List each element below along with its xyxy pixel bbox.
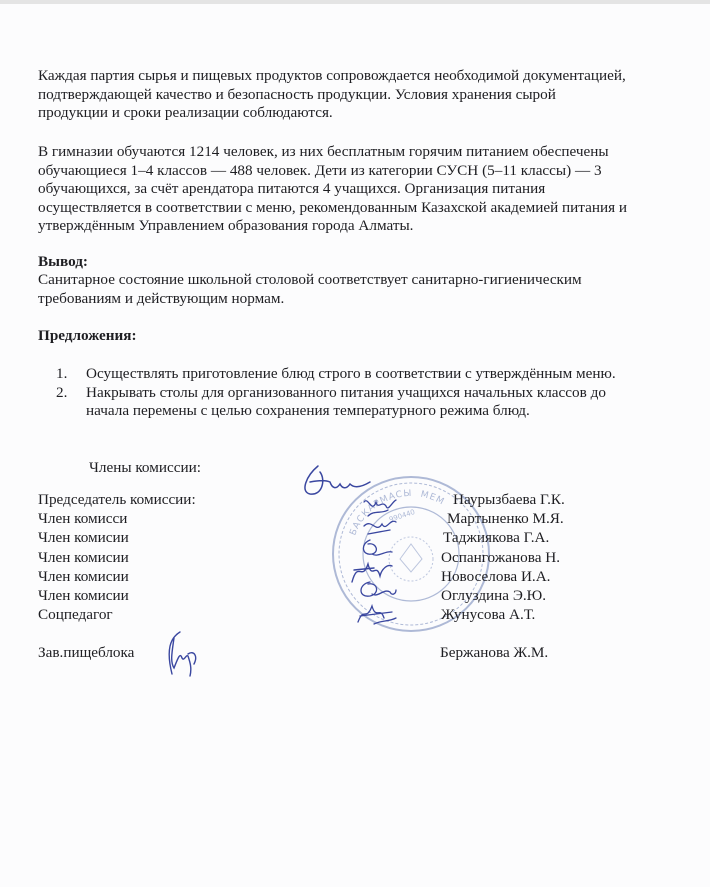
paragraph-documentation: Каждая партия сырья и пищевых продуктов … (38, 67, 688, 123)
text-line: Каждая партия сырья и пищевых продуктов … (38, 67, 688, 86)
role-member: Член комисии (38, 548, 196, 567)
conclusion-text: Санитарное состояние школьной столовой с… (38, 271, 688, 308)
proposal-number: 1. (56, 365, 67, 384)
signature-head-cook-icon (158, 628, 202, 680)
proposals-list: 1. Осуществлять приготовление блюд строг… (56, 365, 616, 421)
role-chairman: Председатель комиссии: (38, 490, 196, 509)
role-member: Член комисии (38, 528, 196, 547)
member-name: Наурызбаева Г.К. (441, 490, 565, 509)
proposal-number: 2. (56, 384, 67, 403)
member-name: Оглуздина Э.Ю. (441, 586, 565, 605)
role-social-teacher: Соцпедагог (38, 605, 196, 624)
head-cook-role: Зав.пищеблока (38, 644, 134, 663)
text-line: В гимназии обучаются 1214 человек, из ни… (38, 143, 688, 162)
conclusion-heading: Вывод: (38, 253, 88, 272)
head-cook-name: Бержанова Ж.М. (440, 644, 548, 663)
proposal-item: 1. Осуществлять приготовление блюд строг… (56, 365, 616, 384)
paragraph-students: В гимназии обучаются 1214 человек, из ни… (38, 143, 688, 236)
commission-title: Члены комиссии: (89, 459, 201, 478)
text-line: Накрывать столы для организованного пита… (86, 384, 616, 403)
member-name: Оспангожанова Н. (441, 548, 565, 567)
text-line: утверждённым Управлением образования гор… (38, 217, 688, 236)
role-member: Член комисии (38, 567, 196, 586)
member-name: Жунусова А.Т. (441, 605, 565, 624)
commission-names: Наурызбаева Г.К. Мартыненко М.Я. Таджияк… (441, 490, 565, 624)
text-line: Санитарное состояние школьной столовой с… (38, 271, 688, 290)
proposal-item: 2. Накрывать столы для организованного п… (56, 384, 616, 421)
text-line: осуществляется в соответствии с меню, ре… (38, 199, 688, 218)
text-line: Осуществлять приготовление блюд строго в… (86, 365, 616, 384)
member-name: Новоселова И.А. (441, 567, 565, 586)
role-member: Член комисси (38, 509, 196, 528)
text-line: начала перемены с целью сохранения темпе… (86, 402, 616, 421)
role-member: Член комисии (38, 586, 196, 605)
proposals-heading: Предложения: (38, 327, 137, 346)
signature-social-teacher-icon (352, 598, 398, 626)
text-line: требованиям и действующим нормам. (38, 290, 688, 309)
document-page: Каждая партия сырья и пищевых продуктов … (0, 4, 710, 887)
text-line: продукции и сроки реализации соблюдаются… (38, 104, 688, 123)
commission-roles: Председатель комиссии: Член комисси Член… (38, 490, 196, 624)
text-line: подтверждающей качество и безопасность п… (38, 86, 688, 105)
member-name: Мартыненко М.Я. (441, 509, 565, 528)
member-name: Таджиякова Г.А. (441, 528, 565, 547)
text-line: обучающихся, за счёт арендатора питаются… (38, 180, 688, 199)
text-line: обучающиеся 1–4 классов — 488 человек. Д… (38, 162, 688, 181)
